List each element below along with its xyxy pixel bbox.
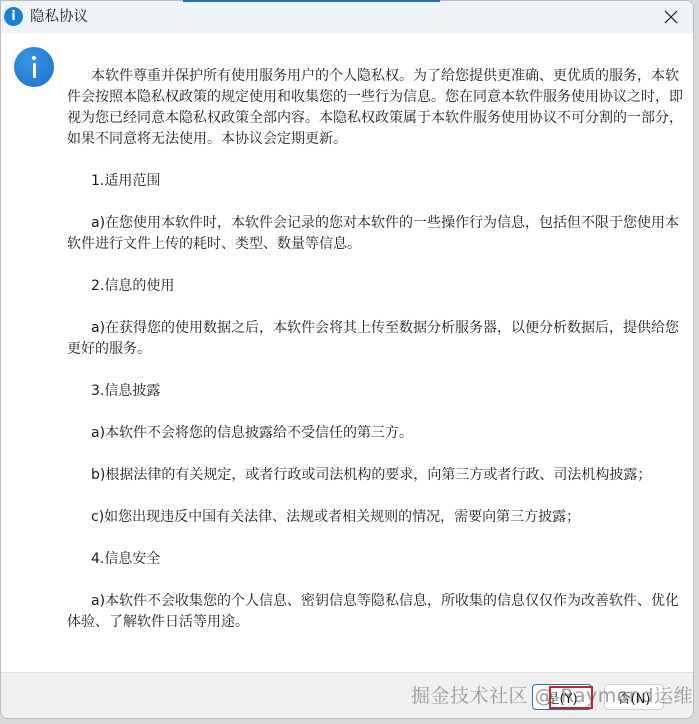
info-icon: i bbox=[4, 7, 23, 26]
paragraph: a)本软件不会收集您的个人信息、密钥信息等隐私信息，所收集的信息仅仅作为改善软件… bbox=[67, 591, 683, 633]
paragraph: a)本软件不会将您的信息披露给不受信任的第三方。 bbox=[67, 423, 683, 444]
intro-paragraph: 本软件尊重并保护所有使用服务用户的个人隐私权。为了给您提供更准确、更优质的服务，… bbox=[67, 66, 683, 150]
section-heading: 2.信息的使用 bbox=[67, 276, 683, 297]
info-icon bbox=[14, 47, 54, 87]
section-heading: 4.信息安全 bbox=[67, 549, 683, 570]
close-icon bbox=[664, 10, 678, 24]
paragraph: a)在获得您的使用数据之后，本软件会将其上传至数据分析服务器，以便分析数据后，提… bbox=[67, 318, 683, 360]
privacy-text: 本软件尊重并保护所有使用服务用户的个人隐私权。为了给您提供更准确、更优质的服务，… bbox=[67, 66, 683, 654]
no-button[interactable]: 否(N) bbox=[604, 684, 664, 710]
section-heading: 3.信息披露 bbox=[67, 381, 683, 402]
dialog-footer: 是(Y) 否(N) 掘金技术社区 @ Raymond运维 bbox=[1, 672, 693, 718]
section-heading: 1.适用范围 bbox=[67, 171, 683, 192]
yes-button[interactable]: 是(Y) bbox=[532, 684, 592, 710]
paragraph: c)如您出现违反中国有关法律、法规或者相关规则的情况，需要向第三方披露； bbox=[67, 507, 683, 528]
background-window-accent-line bbox=[183, 0, 440, 2]
dialog-title: 隐私协议 bbox=[30, 7, 88, 27]
paragraph: b)根据法律的有关规定，或者行政或司法机构的要求，向第三方或者行政、司法机构披露… bbox=[67, 465, 683, 486]
privacy-dialog: i 隐私协议 本软件尊重并保护所有使用服务用户的个人隐私权。为了给您提供更准确、… bbox=[0, 0, 694, 719]
close-button[interactable] bbox=[649, 1, 693, 33]
dialog-content: 本软件尊重并保护所有使用服务用户的个人隐私权。为了给您提供更准确、更优质的服务，… bbox=[1, 33, 693, 672]
paragraph: a)在您使用本软件时，本软件会记录的您对本软件的一些操作行为信息，包括但不限于您… bbox=[67, 213, 683, 255]
title-bar[interactable]: i 隐私协议 bbox=[1, 1, 693, 33]
